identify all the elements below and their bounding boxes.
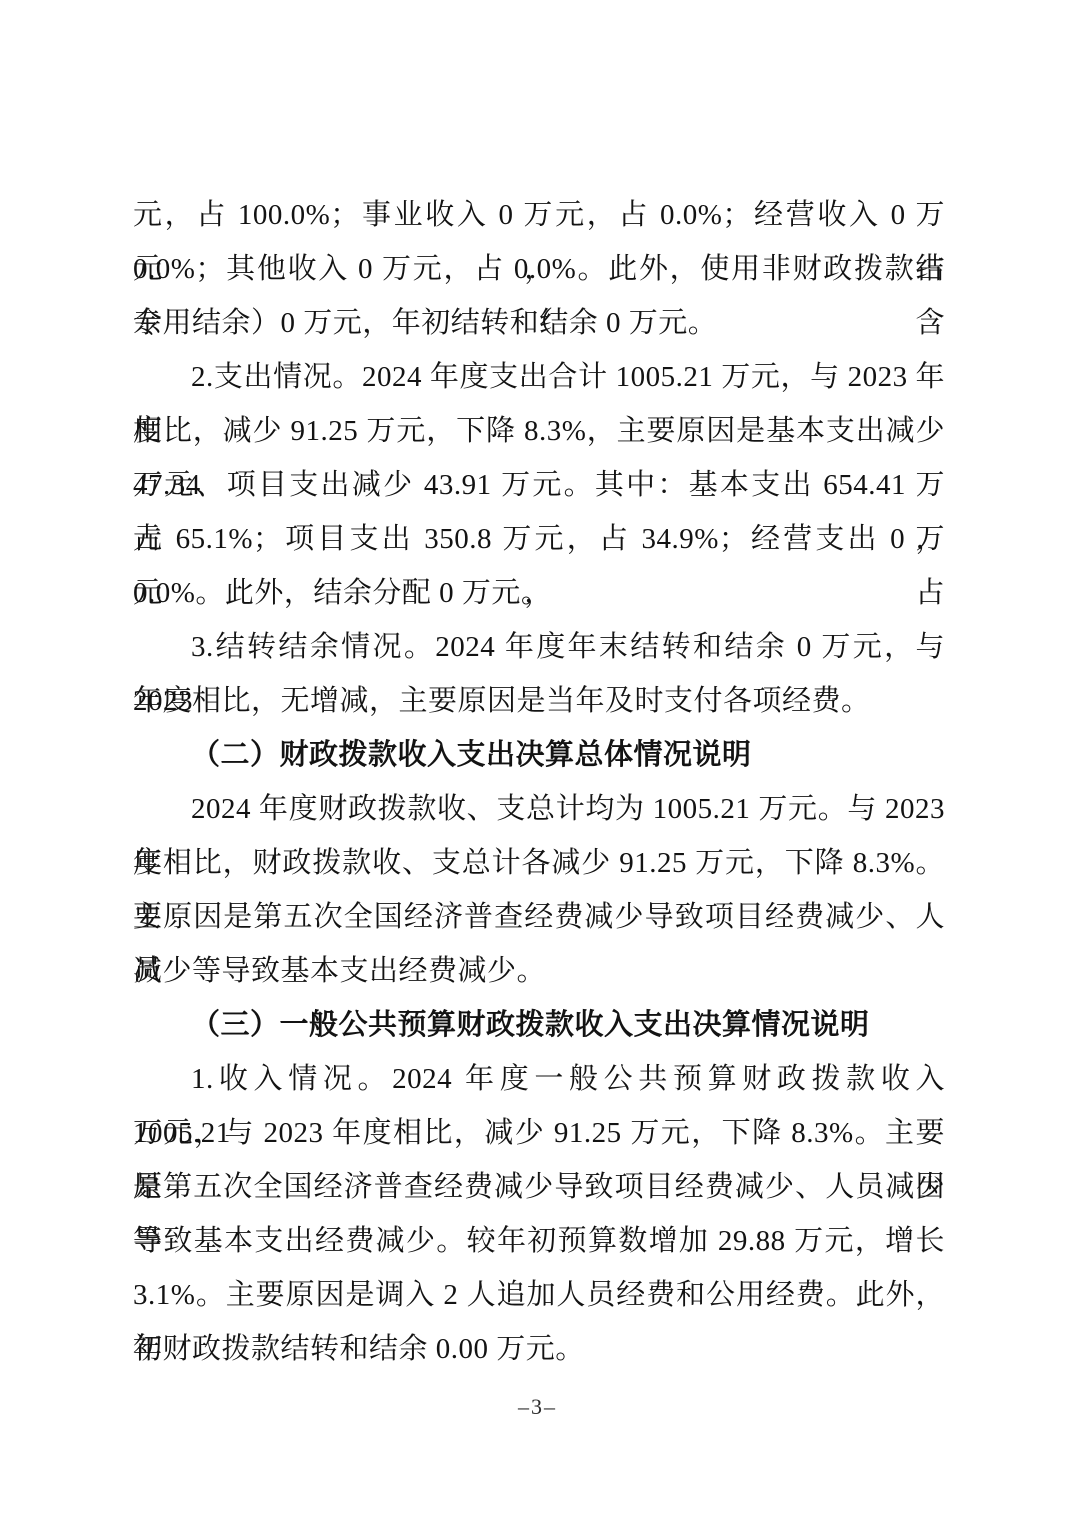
body-line: 度相比，财政拨款收、支总计各减少 91.25 万元，下降 8.3%。主 (133, 836, 945, 890)
body-line: 0.0%；其他收入 0 万元，占 0.0%。此外，使用非财政拨款结余（含 (133, 242, 945, 296)
body-line: 元，占 100.0%；事业收入 0 万元，占 0.0%；经营收入 0 万元，占 (133, 188, 945, 242)
body-line: 万元、项目支出减少 43.91 万元。其中：基本支出 654.41 万元， (133, 458, 945, 512)
body-line: 减少等导致基本支出经费减少。 (133, 944, 945, 998)
section-heading: （二）财政拨款收入支出决算总体情况说明 (133, 728, 945, 782)
body-line: 2.支出情况。2024 年度支出合计 1005.21 万元，与 2023 年度 (133, 350, 945, 404)
body-line: 年度相比，无增减，主要原因是当年及时支付各项经费。 (133, 674, 945, 728)
body-line: 要原因是第五次全国经济普查经费减少导致项目经费减少、人员 (133, 890, 945, 944)
body-line: 2024 年度财政拨款收、支总计均为 1005.21 万元。与 2023 年 (133, 782, 945, 836)
body-line: 3.结转结余情况。2024 年度年末结转和结余 0 万元，与 2023 (133, 620, 945, 674)
body-line: 万元，与 2023 年度相比，减少 91.25 万元，下降 8.3%。主要原因 (133, 1106, 945, 1160)
document-body: 元，占 100.0%；事业收入 0 万元，占 0.0%；经营收入 0 万元，占 … (133, 188, 945, 1376)
section-heading: （三）一般公共预算财政拨款收入支出决算情况说明 (133, 998, 945, 1052)
body-line: 导致基本支出经费减少。较年初预算数增加 29.88 万元，增长 (133, 1214, 945, 1268)
body-line: 初财政拨款结转和结余 0.00 万元。 (133, 1322, 945, 1376)
document-page: 元，占 100.0%；事业收入 0 万元，占 0.0%；经营收入 0 万元，占 … (0, 0, 1075, 1520)
body-line: 相比，减少 91.25 万元，下降 8.3%，主要原因是基本支出减少 47.34 (133, 404, 945, 458)
body-line: 1.收入情况。2024 年度一般公共预算财政拨款收入 1005.21 (133, 1052, 945, 1106)
body-line: 占 65.1%；项目支出 350.8 万元，占 34.9%；经营支出 0 万元，… (133, 512, 945, 566)
body-line: 是第五次全国经济普查经费减少导致项目经费减少、人员减少等 (133, 1160, 945, 1214)
page-number: –3– (0, 1390, 1075, 1424)
body-line: 3.1%。主要原因是调入 2 人追加人员经费和公用经费。此外，年 (133, 1268, 945, 1322)
